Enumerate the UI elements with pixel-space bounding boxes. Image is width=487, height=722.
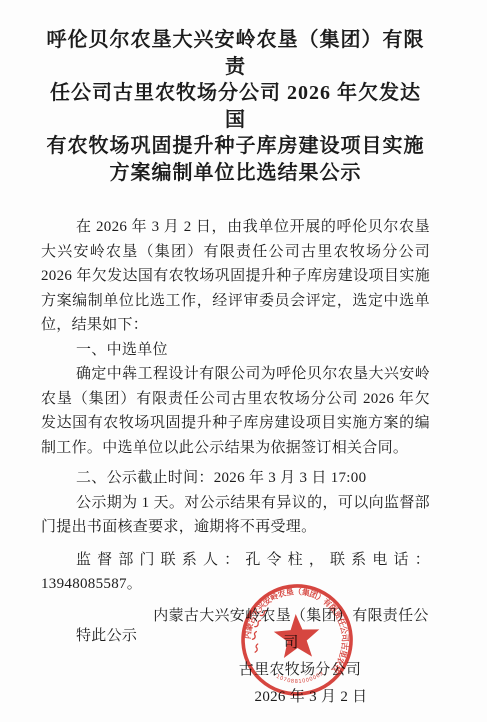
title-line-3: 有农牧场巩固提升种子库房建设项目实施 [41,133,430,160]
signature-company: 内蒙古大兴安岭农垦（集团）有限责任公司 [146,603,436,657]
contact-paragraph: 监督部门联系人：孔令柱，联系电话：13948085587。 [41,548,430,597]
document-page: 呼伦贝尔农垦大兴安岭农垦（集团）有限责 任公司古里农牧场分公司 2026 年欠发… [0,0,487,722]
title-line-1: 呼伦贝尔农垦大兴安岭农垦（集团）有限责 [41,27,430,80]
section-1-heading: 一、中选单位 [41,338,430,363]
title-line-4: 方案编制单位比选结果公示 [41,160,430,187]
signature-branch: 古里农牧场分公司 [155,657,445,684]
winner-paragraph: 确定中犇工程设计有限公司为呼伦贝尔农垦大兴安岭农垦（集团）有限责任公司古里农牧场… [41,362,430,460]
signature-date: 2026 年 3 月 2 日 [166,684,456,711]
section-2-heading: 二、公示截止时间：2026 年 3 月 3 日 17:00 [41,466,430,491]
document-content: 呼伦贝尔农垦大兴安岭农垦（集团）有限责 任公司古里农牧场分公司 2026 年欠发… [41,27,430,648]
document-title: 呼伦贝尔农垦大兴安岭农垦（集团）有限责 任公司古里农牧场分公司 2026 年欠发… [41,27,430,186]
intro-paragraph: 在 2026 年 3 月 2 日，由我单位开展的呼伦贝尔农垦大兴安岭农垦（集团）… [41,215,430,338]
signature-block: 内蒙古大兴安岭农垦（集团）有限责任公司 古里农牧场分公司 2026 年 3 月 … [146,603,436,711]
title-line-2: 任公司古里农牧场分公司 2026 年欠发达国 [41,80,430,133]
objection-paragraph: 公示期为 1 天。对公示结果有异议的，可以向监督部门提出书面核查要求，逾期将不再… [41,491,430,540]
document-body: 在 2026 年 3 月 2 日，由我单位开展的呼伦贝尔农垦大兴安岭农垦（集团）… [41,215,430,648]
